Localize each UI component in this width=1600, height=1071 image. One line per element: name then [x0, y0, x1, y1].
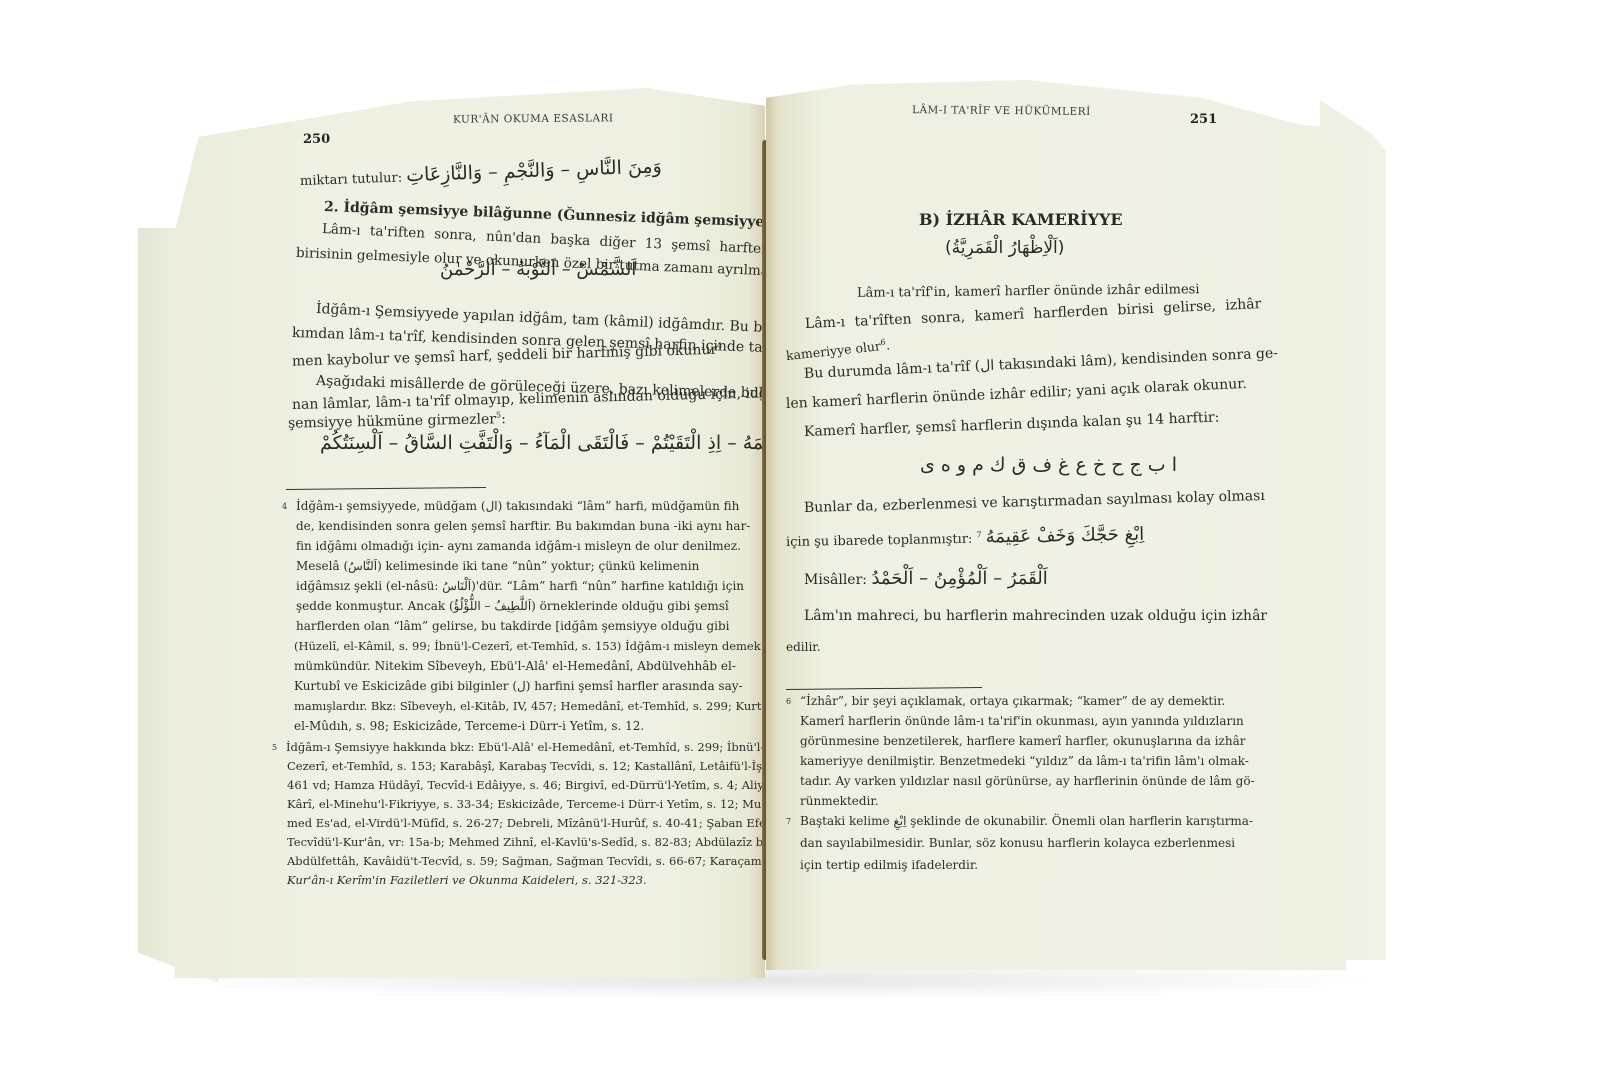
section-title: B) İZHÂR KAMERİYYE — [919, 210, 1123, 229]
page-number-left: 250 — [303, 132, 330, 147]
section-title-arabic: (اَلْاِظْهَارُ الْقَمَرِيَّةُ) — [945, 238, 1064, 258]
footnote-ref-7[interactable]: 7 — [976, 530, 981, 539]
arabic-example-3: فَالْتَقَمَهُ – اِذِ الْتَقَيْتُمْ – فَا… — [320, 432, 800, 455]
footnote-ref-6[interactable]: 6 — [880, 338, 886, 347]
footnote-ref-4[interactable]: 4 — [717, 341, 722, 350]
running-head-right: LÂM-I TA'RÎF VE HÜKÜMLERİ — [912, 104, 1091, 118]
mnemonic-arabic: اِبْغِ حَجَّكَ وَخَفْ عَقِيمَهُ — [986, 524, 1145, 548]
examples-arabic: اَلْقَمَرُ – اَلْمُؤْمِنُ – اَلْحَمْدُ — [871, 568, 1047, 589]
arabic-example-2: اَلشَّمْسُ – اَلتَّوْبَةُ – اَلرَّحْمٰنُ — [440, 258, 636, 281]
running-head-left: KUR'ÂN OKUMA ESASLARI — [453, 112, 614, 125]
line-girmezler: şemsiyye hükmüne girmezler5: — [288, 403, 506, 435]
kameri-letters: ا ب ج ح خ ع غ ف ق ك م و ه ى — [920, 454, 1177, 476]
line-misaller: Misâller: اَلْقَمَرُ – اَلْمُؤْمِنُ – اَ… — [804, 568, 1048, 589]
footnote-ref-5[interactable]: 5 — [496, 411, 501, 420]
page-number-right: 251 — [1190, 112, 1217, 127]
